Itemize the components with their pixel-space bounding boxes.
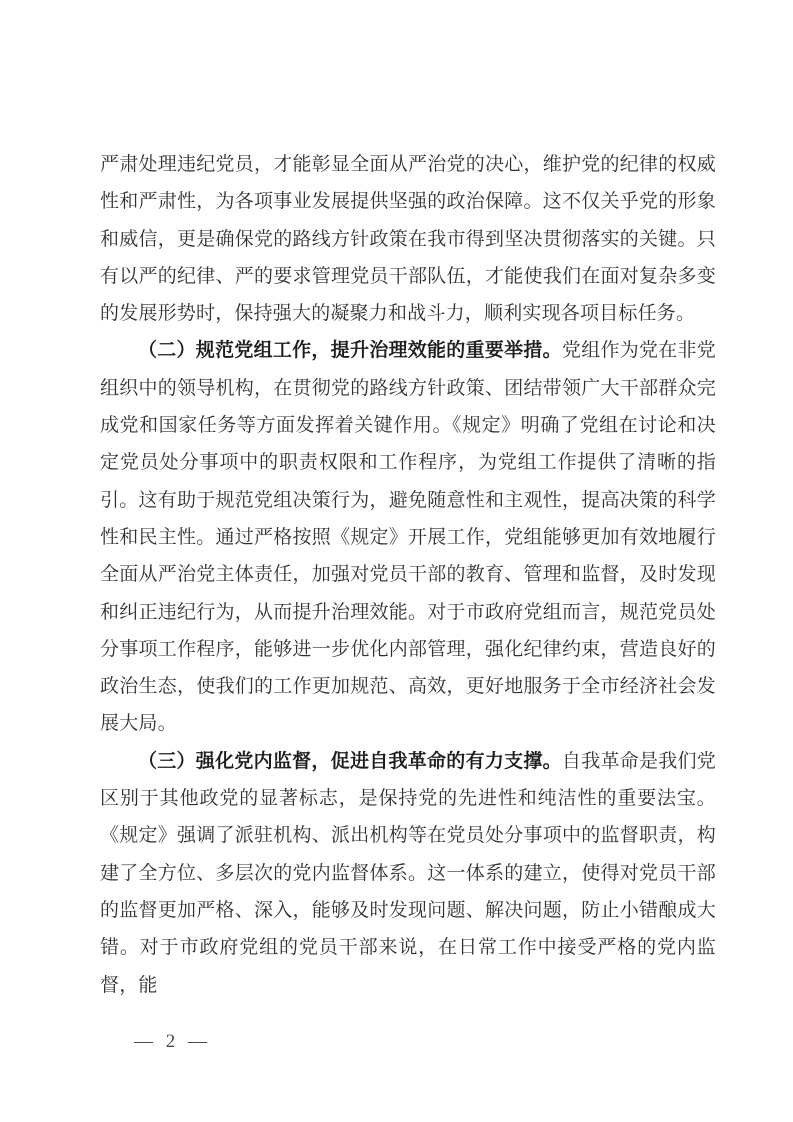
- paragraph-section-2: （二）规范党组工作，提升治理效能的重要举措。党组作为党在非党组织中的领导机构，在…: [100, 332, 716, 742]
- paragraph-text: 严肃处理违纪党员，才能彰显全面从严治党的决心，维护党的纪律的权威性和严肃性，为各…: [100, 154, 716, 324]
- paragraph-continuation: 严肃处理违纪党员，才能彰显全面从严治党的决心，维护党的纪律的权威性和严肃性，为各…: [100, 146, 716, 332]
- document-page: 严肃处理违纪党员，才能彰显全面从严治党的决心，维护党的纪律的权威性和严肃性，为各…: [0, 0, 793, 1122]
- document-body: 严肃处理违纪党员，才能彰显全面从严治党的决心，维护党的纪律的权威性和严肃性，为各…: [100, 146, 716, 1004]
- page-number: — 2 —: [134, 1031, 211, 1053]
- paragraph-text: 自我革命是我们党区别于其他政党的显著标志，是保持党的先进性和纯洁性的重要法宝。《…: [100, 751, 716, 996]
- paragraph-section-3: （三）强化党内监督，促进自我革命的有力支撑。自我革命是我们党区别于其他政党的显著…: [100, 743, 716, 1004]
- paragraph-text: 党组作为党在非党组织中的领导机构，在贯彻党的路线方针政策、团结带领广大干部群众完…: [100, 340, 716, 734]
- section-heading: （三）强化党内监督，促进自我革命的有力支撑。: [138, 751, 562, 772]
- section-heading: （二）规范党组工作，提升治理效能的重要举措。: [138, 340, 562, 361]
